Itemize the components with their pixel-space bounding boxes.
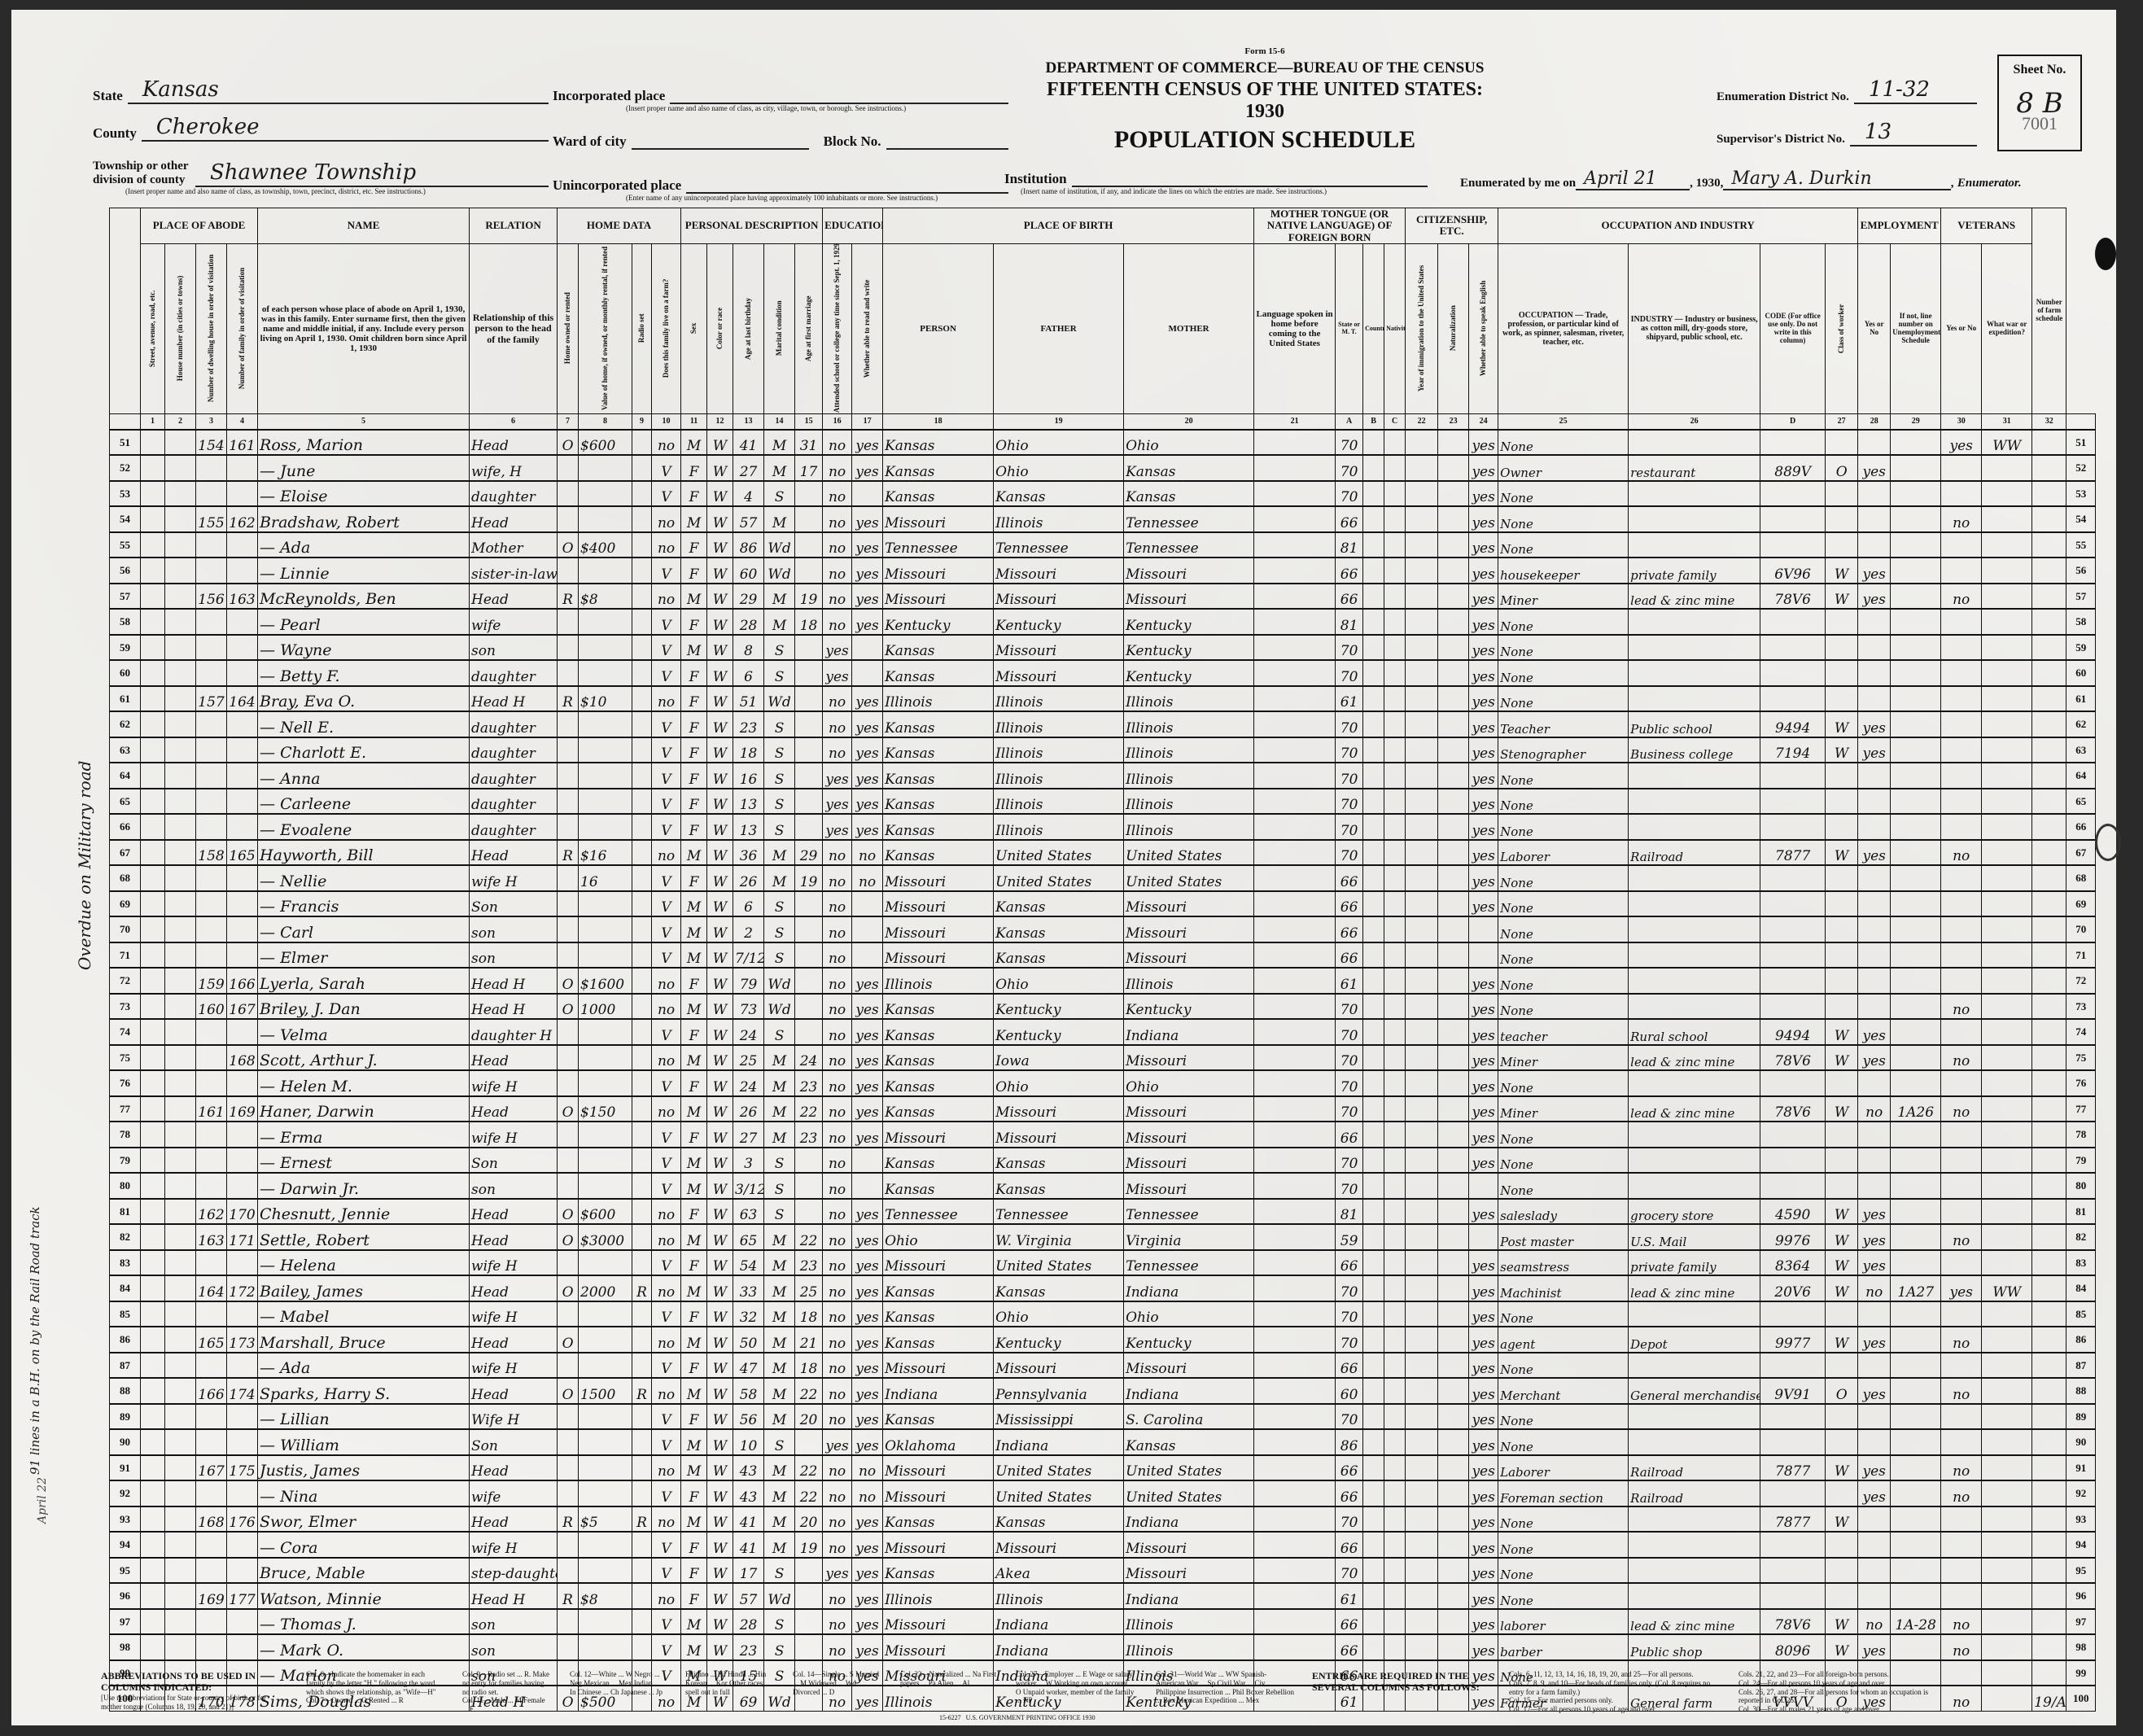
- at-work-cell: yes: [1858, 1327, 1891, 1353]
- street-cell: [141, 1532, 165, 1558]
- col12-header: Color or race: [707, 243, 733, 413]
- house-number-cell: [165, 1301, 196, 1327]
- school-cell: no: [823, 840, 852, 866]
- age-first-marriage-cell: 24: [795, 1045, 823, 1071]
- home-owned-cell: [558, 865, 579, 891]
- industry-cell: Railroad: [1629, 1455, 1760, 1481]
- war-cell: [1982, 1353, 2032, 1379]
- sex-cell: M: [681, 584, 707, 610]
- code-a-cell: 70: [1336, 660, 1363, 686]
- dwelling-number-cell: [196, 1148, 227, 1174]
- house-number-cell: [165, 840, 196, 866]
- father-birthplace-cell: Ohio: [994, 1301, 1124, 1327]
- home-value-cell: 16: [579, 865, 632, 891]
- sex-cell: F: [681, 1019, 707, 1045]
- birthplace-cell: Illinois: [883, 686, 994, 712]
- street-cell: [141, 814, 165, 840]
- dwelling-number-cell: 169: [196, 1583, 227, 1609]
- street-cell: [141, 1327, 165, 1353]
- age-cell: 28: [733, 609, 764, 635]
- naturalization-cell: [1438, 430, 1469, 456]
- birthplace-cell: Missouri: [883, 1480, 994, 1506]
- col30-header: Yes or No: [1941, 243, 1982, 413]
- sex-cell: F: [681, 789, 707, 815]
- farm-schedule-cell: [2032, 532, 2066, 558]
- street-cell: [141, 1122, 165, 1148]
- ward-block-field: Ward of city Block No.: [553, 112, 1008, 150]
- at-work-cell: yes: [1858, 737, 1891, 763]
- family-number-cell: 169: [227, 1096, 258, 1122]
- person-name-cell: Marshall, Bruce: [258, 1327, 470, 1353]
- table-row: 76— Helen M.wife HVFW24M23noyesKansasOhi…: [110, 1070, 2096, 1096]
- farm-schedule-cell: [2032, 1045, 2066, 1071]
- dwelling-number-cell: [196, 942, 227, 969]
- speaks-english-cell: yes: [1469, 1250, 1498, 1276]
- read-write-cell: yes: [852, 1583, 883, 1609]
- father-birthplace-cell: W. Virginia: [994, 1224, 1124, 1250]
- age-cell: 10: [733, 1429, 764, 1455]
- code-a-cell: 70: [1336, 1045, 1363, 1071]
- marital-cell: S: [764, 1199, 795, 1225]
- incorporated-value: [670, 77, 1008, 104]
- relation-cell: Head: [470, 1045, 558, 1071]
- block-value: [886, 122, 1009, 150]
- occupation-cell: None: [1498, 763, 1629, 789]
- race-cell: W: [707, 1609, 733, 1635]
- school-cell: no: [823, 994, 852, 1020]
- naturalization-cell: [1438, 711, 1469, 737]
- sex-cell: F: [681, 558, 707, 584]
- industry-cell: [1629, 942, 1760, 969]
- home-owned-cell: [558, 481, 579, 507]
- war-cell: [1982, 789, 2032, 815]
- class-of-worker-cell: W: [1826, 1096, 1858, 1122]
- farm-cell: V: [652, 1070, 681, 1096]
- sex-cell: F: [681, 1404, 707, 1430]
- naturalization-cell: [1438, 584, 1469, 610]
- class-of-worker-cell: [1826, 430, 1858, 456]
- farm-schedule-cell: [2032, 711, 2066, 737]
- code-b-cell: [1363, 1199, 1384, 1225]
- table-row: 85— Mabelwife HVFW32M18noyesKansasOhioOh…: [110, 1301, 2096, 1327]
- race-cell: W: [707, 1070, 733, 1096]
- line-number: 94: [110, 1532, 141, 1558]
- radio-cell: [632, 1353, 652, 1379]
- age-cell: 43: [733, 1455, 764, 1481]
- sex-cell: F: [681, 686, 707, 712]
- read-write-cell: no: [852, 865, 883, 891]
- speaks-english-cell: yes: [1469, 763, 1498, 789]
- home-owned-cell: [558, 814, 579, 840]
- person-name-cell: Lyerla, Sarah: [258, 968, 470, 994]
- class-of-worker-cell: [1826, 865, 1858, 891]
- at-work-cell: yes: [1858, 1634, 1891, 1660]
- colA-header: State or M. T.: [1336, 243, 1363, 413]
- naturalization-cell: [1438, 763, 1469, 789]
- age-first-marriage-cell: [795, 916, 823, 942]
- read-write-cell: yes: [852, 1429, 883, 1455]
- occupation-cell: None: [1498, 916, 1629, 942]
- class-of-worker-cell: O: [1826, 455, 1858, 481]
- family-number-cell: 173: [227, 1327, 258, 1353]
- mother-birthplace-cell: Indiana: [1124, 1275, 1254, 1301]
- race-cell: W: [707, 1480, 733, 1506]
- column-number: 29: [1891, 413, 1941, 430]
- father-birthplace-cell: Tennessee: [994, 532, 1124, 558]
- column-number: 28: [1858, 413, 1891, 430]
- farm-cell: no: [652, 584, 681, 610]
- veteran-cell: [1941, 481, 1982, 507]
- dwelling-number-cell: [196, 660, 227, 686]
- unemployment-line-cell: [1891, 814, 1941, 840]
- unemployment-line-cell: [1891, 1250, 1941, 1276]
- age-first-marriage-cell: [795, 942, 823, 969]
- veteran-cell: [1941, 763, 1982, 789]
- unemployment-line-cell: [1891, 1583, 1941, 1609]
- family-number-cell: [227, 814, 258, 840]
- column-number: 14: [764, 413, 795, 430]
- immigration-year-cell: [1406, 763, 1438, 789]
- age-first-marriage-cell: 22: [795, 1378, 823, 1404]
- code-b-cell: [1363, 1378, 1384, 1404]
- enumerated-date: April 21: [1576, 168, 1690, 190]
- at-work-cell: [1858, 1122, 1891, 1148]
- code-d-cell: [1760, 1532, 1826, 1558]
- county-field: County Cherokee: [93, 104, 549, 142]
- industry-cell: Rural school: [1629, 1019, 1760, 1045]
- code-c-cell: [1384, 1301, 1406, 1327]
- birthplace-cell: Missouri: [883, 1609, 994, 1635]
- family-number-cell: 164: [227, 686, 258, 712]
- age-cell: 27: [733, 455, 764, 481]
- line-number-right: 78: [2066, 1122, 2096, 1148]
- immigration-year-cell: [1406, 891, 1438, 917]
- family-number-cell: [227, 789, 258, 815]
- immigration-year-cell: [1406, 584, 1438, 610]
- dwelling-number-cell: [196, 1301, 227, 1327]
- occupation-cell: saleslady: [1498, 1199, 1629, 1225]
- column-number: 21: [1254, 413, 1336, 430]
- column-number: 25: [1498, 413, 1629, 430]
- code-b-cell: [1363, 1173, 1384, 1199]
- age-cell: 58: [733, 1378, 764, 1404]
- birthplace-cell: Illinois: [883, 968, 994, 994]
- dwelling-number-cell: [196, 635, 227, 661]
- war-cell: [1982, 635, 2032, 661]
- speaks-english-cell: yes: [1469, 1404, 1498, 1430]
- school-cell: yes: [823, 814, 852, 840]
- house-number-cell: [165, 532, 196, 558]
- family-number-cell: [227, 1609, 258, 1635]
- occupation-cell: None: [1498, 814, 1629, 840]
- code-a-cell: 70: [1336, 737, 1363, 763]
- father-birthplace-cell: Missouri: [994, 660, 1124, 686]
- marital-cell: M: [764, 1404, 795, 1430]
- language-cell: [1254, 711, 1336, 737]
- dwelling-number-cell: 157: [196, 686, 227, 712]
- street-cell: [141, 994, 165, 1020]
- age-cell: 24: [733, 1019, 764, 1045]
- mother-birthplace-cell: Missouri: [1124, 891, 1254, 917]
- unemployment-line-cell: [1891, 865, 1941, 891]
- race-cell: W: [707, 1353, 733, 1379]
- age-cell: 3: [733, 1148, 764, 1174]
- birthplace-cell: Kansas: [883, 1506, 994, 1533]
- naturalization-cell: [1438, 1224, 1469, 1250]
- sex-cell: F: [681, 1558, 707, 1584]
- naturalization-cell: [1438, 1609, 1469, 1635]
- war-cell: [1982, 584, 2032, 610]
- code-a-cell: 70: [1336, 1301, 1363, 1327]
- birthplace-cell: Kentucky: [883, 609, 994, 635]
- mother-birthplace-cell: Illinois: [1124, 686, 1254, 712]
- speaks-english-cell: yes: [1469, 1148, 1498, 1174]
- age-cell: 43: [733, 1480, 764, 1506]
- person-name-cell: — Ada: [258, 532, 470, 558]
- dwelling-number-cell: [196, 1353, 227, 1379]
- radio-cell: [632, 916, 652, 942]
- relation-cell: wife H: [470, 1250, 558, 1276]
- street-cell: [141, 1199, 165, 1225]
- read-write-cell: yes: [852, 584, 883, 610]
- radio-cell: [632, 506, 652, 532]
- farm-cell: V: [652, 1532, 681, 1558]
- occupation-cell: Laborer: [1498, 1455, 1629, 1481]
- code-c-cell: [1384, 1480, 1406, 1506]
- speaks-english-cell: yes: [1469, 1558, 1498, 1584]
- speaks-english-cell: yes: [1469, 558, 1498, 584]
- code-a-cell: 66: [1336, 1609, 1363, 1635]
- at-work-cell: [1858, 1532, 1891, 1558]
- home-owned-cell: [558, 789, 579, 815]
- farm-cell: no: [652, 430, 681, 456]
- person-name-cell: Watson, Minnie: [258, 1583, 470, 1609]
- mother-birthplace-cell: Tennessee: [1124, 1250, 1254, 1276]
- dwelling-number-cell: 163: [196, 1224, 227, 1250]
- family-number-cell: [227, 1173, 258, 1199]
- code-a-cell: 70: [1336, 481, 1363, 507]
- code-a-cell: 66: [1336, 1250, 1363, 1276]
- mother-birthplace-cell: Indiana: [1124, 1378, 1254, 1404]
- language-cell: [1254, 1532, 1336, 1558]
- house-number-cell: [165, 660, 196, 686]
- sex-cell: M: [681, 1609, 707, 1635]
- person-name-cell: — Elmer: [258, 942, 470, 969]
- race-cell: W: [707, 1045, 733, 1071]
- age-cell: 86: [733, 532, 764, 558]
- code-d-cell: 8364: [1760, 1250, 1826, 1276]
- school-cell: no: [823, 891, 852, 917]
- speaks-english-cell: yes: [1469, 660, 1498, 686]
- marital-cell: S: [764, 763, 795, 789]
- line-number-right: 91: [2066, 1455, 2096, 1481]
- race-cell: W: [707, 865, 733, 891]
- race-cell: W: [707, 609, 733, 635]
- at-work-cell: yes: [1858, 1224, 1891, 1250]
- race-cell: W: [707, 558, 733, 584]
- home-value-cell: $8: [579, 1583, 632, 1609]
- street-cell: [141, 789, 165, 815]
- school-cell: yes: [823, 763, 852, 789]
- code-c-cell: [1384, 1275, 1406, 1301]
- veteran-cell: no: [1941, 1480, 1982, 1506]
- sex-cell: M: [681, 635, 707, 661]
- person-name-cell: Bradshaw, Robert: [258, 506, 470, 532]
- school-cell: no: [823, 1173, 852, 1199]
- mother-birthplace-cell: Tennessee: [1124, 1199, 1254, 1225]
- code-d-cell: [1760, 506, 1826, 532]
- home-owned-cell: [558, 1353, 579, 1379]
- unemployment-line-cell: [1891, 660, 1941, 686]
- birthplace-cell: Missouri: [883, 1455, 994, 1481]
- farm-schedule-cell: [2032, 916, 2066, 942]
- code-c-cell: [1384, 584, 1406, 610]
- occupation-cell: Teacher: [1498, 711, 1629, 737]
- radio-cell: [632, 789, 652, 815]
- house-number-cell: [165, 558, 196, 584]
- code-b-cell: [1363, 660, 1384, 686]
- home-owned-cell: [558, 1455, 579, 1481]
- language-cell: [1254, 1583, 1336, 1609]
- code-d-cell: [1760, 865, 1826, 891]
- mother-birthplace-cell: Missouri: [1124, 584, 1254, 610]
- birthplace-cell: Kansas: [883, 635, 994, 661]
- at-work-cell: yes: [1858, 1199, 1891, 1225]
- street-cell: [141, 942, 165, 969]
- naturalization-cell: [1438, 1583, 1469, 1609]
- column-number: 31: [1982, 413, 2032, 430]
- col18-header: PERSON: [883, 243, 994, 413]
- unemployment-line-cell: [1891, 1148, 1941, 1174]
- family-number-cell: [227, 481, 258, 507]
- naturalization-cell: [1438, 1378, 1469, 1404]
- immigration-year-cell: [1406, 1634, 1438, 1660]
- race-cell: W: [707, 635, 733, 661]
- relation-cell: daughter: [470, 763, 558, 789]
- marital-cell: M: [764, 1301, 795, 1327]
- speaks-english-cell: yes: [1469, 711, 1498, 737]
- unemployment-line-cell: [1891, 1455, 1941, 1481]
- age-first-marriage-cell: [795, 1148, 823, 1174]
- family-number-cell: [227, 1122, 258, 1148]
- house-number-cell: [165, 763, 196, 789]
- home-owned-cell: O: [558, 968, 579, 994]
- street-cell: [141, 1480, 165, 1506]
- farm-schedule-cell: [2032, 1480, 2066, 1506]
- father-birthplace-cell: Pennsylvania: [994, 1378, 1124, 1404]
- table-row: 63— Charlott E.daughterVFW18SnoyesKansas…: [110, 737, 2096, 763]
- read-write-cell: yes: [852, 455, 883, 481]
- veteran-cell: [1941, 814, 1982, 840]
- speaks-english-cell: yes: [1469, 840, 1498, 866]
- race-cell: W: [707, 1429, 733, 1455]
- school-cell: no: [823, 1224, 852, 1250]
- naturalization-cell: [1438, 891, 1469, 917]
- farm-schedule-cell: [2032, 1275, 2066, 1301]
- marital-cell: S: [764, 1148, 795, 1174]
- radio-cell: [632, 455, 652, 481]
- age-first-marriage-cell: 17: [795, 455, 823, 481]
- code-a-cell: 66: [1336, 1480, 1363, 1506]
- radio-cell: [632, 968, 652, 994]
- relation-cell: Head H: [470, 1583, 558, 1609]
- race-cell: W: [707, 814, 733, 840]
- marital-cell: M: [764, 1070, 795, 1096]
- dwelling-number-cell: 167: [196, 1455, 227, 1481]
- farm-cell: V: [652, 1019, 681, 1045]
- line-number-right: 63: [2066, 737, 2096, 763]
- code-c-cell: [1384, 1070, 1406, 1096]
- radio-cell: [632, 686, 652, 712]
- school-cell: no: [823, 1532, 852, 1558]
- naturalization-cell: [1438, 609, 1469, 635]
- father-birthplace-cell: Kentucky: [994, 1019, 1124, 1045]
- code-b-cell: [1363, 1506, 1384, 1533]
- abbrev-col6: Col. 6—Indicate the homemaker in each fa…: [306, 1670, 444, 1696]
- father-birthplace-cell: Kentucky: [994, 609, 1124, 635]
- race-cell: W: [707, 763, 733, 789]
- print-code-text: 15-6227: [939, 1714, 961, 1721]
- home-owned-cell: R: [558, 584, 579, 610]
- occupation-cell: Miner: [1498, 1045, 1629, 1071]
- class-of-worker-cell: W: [1826, 1506, 1858, 1533]
- house-number-cell: [165, 789, 196, 815]
- veteran-cell: [1941, 968, 1982, 994]
- race-cell: W: [707, 506, 733, 532]
- family-number-cell: 163: [227, 584, 258, 610]
- radio-cell: [632, 1327, 652, 1353]
- father-birthplace-cell: Missouri: [994, 635, 1124, 661]
- code-c-cell: [1384, 789, 1406, 815]
- radio-cell: R: [632, 1275, 652, 1301]
- family-number-cell: 167: [227, 994, 258, 1020]
- immigration-year-cell: [1406, 1583, 1438, 1609]
- col5-header: of each person whose place of abode on A…: [258, 243, 470, 413]
- unemployment-line-cell: [1891, 584, 1941, 610]
- binder-hole: [2095, 238, 2116, 270]
- war-cell: [1982, 660, 2032, 686]
- code-b-cell: [1363, 1301, 1384, 1327]
- family-number-cell: 176: [227, 1506, 258, 1533]
- house-number-cell: [165, 968, 196, 994]
- mother-birthplace-cell: Missouri: [1124, 558, 1254, 584]
- age-cell: 51: [733, 686, 764, 712]
- immigration-year-cell: [1406, 481, 1438, 507]
- home-value-cell: 1500: [579, 1378, 632, 1404]
- war-cell: [1982, 840, 2032, 866]
- street-cell: [141, 763, 165, 789]
- immigration-year-cell: [1406, 1301, 1438, 1327]
- farm-schedule-cell: [2032, 1250, 2066, 1276]
- family-number-cell: [227, 558, 258, 584]
- code-a-cell: 66: [1336, 558, 1363, 584]
- farm-schedule-cell: [2032, 1558, 2066, 1584]
- veteran-cell: [1941, 711, 1982, 737]
- dwelling-number-cell: [196, 1634, 227, 1660]
- street-cell: [141, 1250, 165, 1276]
- naturalization-cell: [1438, 1301, 1469, 1327]
- unincorporated-label: Unincorporated place: [553, 177, 681, 194]
- code-d-cell: 8096: [1760, 1634, 1826, 1660]
- line-number-right: 80: [2066, 1173, 2096, 1199]
- home-value-cell: [579, 558, 632, 584]
- father-birthplace-cell: United States: [994, 1480, 1124, 1506]
- group-personal-description: PERSONAL DESCRIPTION: [681, 208, 823, 244]
- industry-cell: [1629, 1583, 1760, 1609]
- ward-value: [632, 122, 809, 150]
- birthplace-cell: Ohio: [883, 1224, 994, 1250]
- home-value-cell: [579, 1455, 632, 1481]
